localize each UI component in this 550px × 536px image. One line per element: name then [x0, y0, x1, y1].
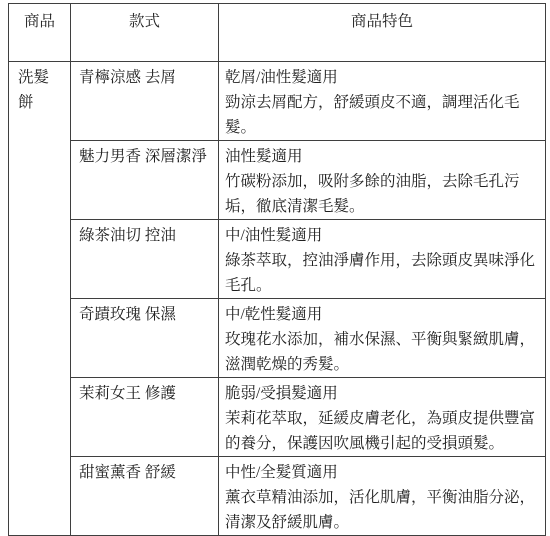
table-row: 甜蜜薰香 舒緩 中性/全髮質適用 薰衣草精油添加，活化肌膚，平衡油脂分泌，清潔及… [9, 457, 546, 536]
style-cell: 奇蹟玫瑰 保濕 [71, 299, 219, 378]
suitability-text: 中/乾性髮適用 [225, 302, 538, 327]
description-text: 茉莉花萃取，延緩皮膚老化，為頭皮提供豐富的養分，保護因吹風機引起的受損頭髮。 [225, 406, 538, 456]
style-cell: 青檸涼感 去屑 [71, 62, 219, 141]
table-row: 綠茶油切 控油 中/油性髮適用 綠茶萃取，控油淨膚作用，去除頭皮異味淨化毛孔。 [9, 220, 546, 299]
suitability-text: 脆弱/受損髮適用 [225, 381, 538, 406]
description-text: 勁涼去屑配方，舒緩頭皮不適，調理活化毛髮。 [225, 90, 538, 140]
column-header-style: 款式 [71, 4, 219, 62]
description-text: 玫瑰花水添加，補水保濕、平衡與緊緻肌膚，滋潤乾燥的秀髮。 [225, 327, 538, 377]
suitability-text: 乾屑/油性髮適用 [225, 65, 538, 90]
style-cell: 綠茶油切 控油 [71, 220, 219, 299]
product-name-cell: 洗髮餅 [9, 62, 71, 536]
column-header-product: 商品 [9, 4, 71, 62]
suitability-text: 中性/全髮質適用 [225, 460, 538, 485]
table-row: 魅力男香 深層潔淨 油性髮適用 竹碳粉添加，吸附多餘的油脂，去除毛孔污垢，徹底清… [9, 141, 546, 220]
suitability-text: 油性髮適用 [225, 144, 538, 169]
table-row: 奇蹟玫瑰 保濕 中/乾性髮適用 玫瑰花水添加，補水保濕、平衡與緊緻肌膚，滋潤乾燥… [9, 299, 546, 378]
description-text: 竹碳粉添加，吸附多餘的油脂，去除毛孔污垢，徹底清潔毛髮。 [225, 169, 538, 219]
table-header-row: 商品 款式 商品特色 [9, 4, 546, 62]
description-text: 綠茶萃取，控油淨膚作用，去除頭皮異味淨化毛孔。 [225, 248, 538, 298]
suitability-text: 中/油性髮適用 [225, 223, 538, 248]
table-row: 茉莉女王 修護 脆弱/受損髮適用 茉莉花萃取，延緩皮膚老化，為頭皮提供豐富的養分… [9, 378, 546, 457]
column-header-features: 商品特色 [219, 4, 546, 62]
table-row: 洗髮餅 青檸涼感 去屑 乾屑/油性髮適用 勁涼去屑配方，舒緩頭皮不適，調理活化毛… [9, 62, 546, 141]
feature-cell: 乾屑/油性髮適用 勁涼去屑配方，舒緩頭皮不適，調理活化毛髮。 [219, 62, 546, 141]
feature-cell: 中/油性髮適用 綠茶萃取，控油淨膚作用，去除頭皮異味淨化毛孔。 [219, 220, 546, 299]
feature-cell: 油性髮適用 竹碳粉添加，吸附多餘的油脂，去除毛孔污垢，徹底清潔毛髮。 [219, 141, 546, 220]
feature-cell: 脆弱/受損髮適用 茉莉花萃取，延緩皮膚老化，為頭皮提供豐富的養分，保護因吹風機引… [219, 378, 546, 457]
feature-cell: 中性/全髮質適用 薰衣草精油添加，活化肌膚，平衡油脂分泌，清潔及舒緩肌膚。 [219, 457, 546, 536]
style-cell: 魅力男香 深層潔淨 [71, 141, 219, 220]
feature-cell: 中/乾性髮適用 玫瑰花水添加，補水保濕、平衡與緊緻肌膚，滋潤乾燥的秀髮。 [219, 299, 546, 378]
product-feature-table: 商品 款式 商品特色 洗髮餅 青檸涼感 去屑 乾屑/油性髮適用 勁涼去屑配方，舒… [8, 3, 546, 536]
style-cell: 甜蜜薰香 舒緩 [71, 457, 219, 536]
description-text: 薰衣草精油添加，活化肌膚，平衡油脂分泌，清潔及舒緩肌膚。 [225, 485, 538, 535]
style-cell: 茉莉女王 修護 [71, 378, 219, 457]
